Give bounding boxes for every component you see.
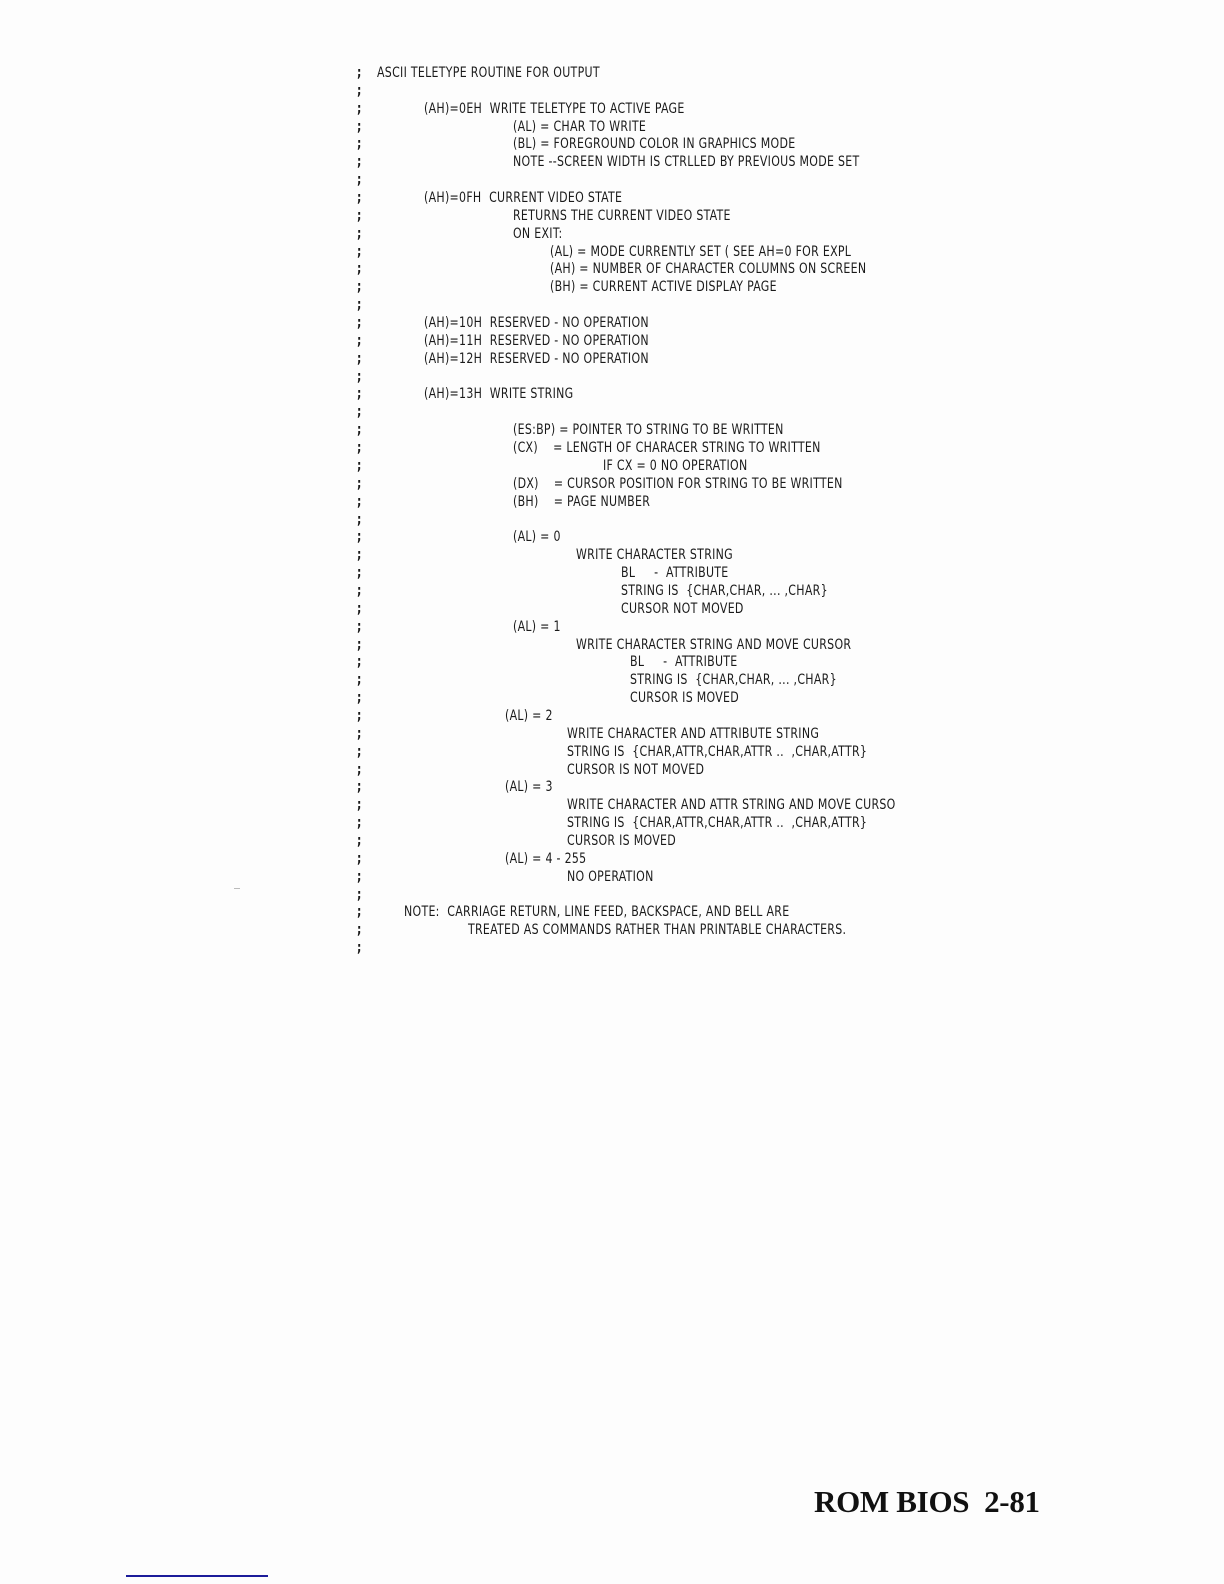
code-line: ;(CX) = LENGTH OF CHARACER STRING TO WRI… (357, 439, 1045, 457)
comment-marker: ; (357, 636, 369, 654)
code-line: ; (357, 886, 1045, 904)
comment-marker: ; (357, 421, 369, 439)
code-line: ;(DX) = CURSOR POSITION FOR STRING TO BE… (357, 475, 1045, 493)
code-line-text: CURSOR NOT MOVED (621, 600, 744, 618)
code-line: ;CURSOR IS MOVED (357, 689, 1045, 707)
comment-marker: ; (357, 671, 369, 689)
comment-marker: ; (357, 921, 369, 939)
code-line-text: (AL) = 1 (513, 618, 561, 636)
code-line: ;CURSOR IS NOT MOVED (357, 761, 1045, 779)
comment-marker: ; (357, 903, 369, 921)
code-line: ;(BH) = PAGE NUMBER (357, 493, 1045, 511)
code-line: ;STRING IS {CHAR,ATTR,CHAR,ATTR .. ,CHAR… (357, 743, 1045, 761)
comment-marker: ; (357, 225, 369, 243)
code-line: ;CURSOR NOT MOVED (357, 600, 1045, 618)
code-line: ;(AL) = CHAR TO WRITE (357, 118, 1045, 136)
code-line: ;(AL) = MODE CURRENTLY SET ( SEE AH=0 FO… (357, 243, 1045, 261)
code-line: ;WRITE CHARACTER STRING AND MOVE CURSOR (357, 636, 1045, 654)
code-line-text: (CX) = LENGTH OF CHARACER STRING TO WRIT… (513, 439, 821, 457)
comment-marker: ; (357, 243, 369, 261)
comment-marker: ; (357, 528, 369, 546)
code-line-text: (AL) = 0 (513, 528, 561, 546)
code-line-text: ON EXIT: (513, 225, 562, 243)
comment-marker: ; (357, 564, 369, 582)
code-line-text: NO OPERATION (567, 868, 654, 886)
comment-marker: ; (357, 761, 369, 779)
comment-marker: ; (357, 118, 369, 136)
code-line-text: STRING IS {CHAR,ATTR,CHAR,ATTR .. ,CHAR,… (567, 814, 867, 832)
code-line: ;(AL) = 1 (357, 618, 1045, 636)
code-line-text: (DX) = CURSOR POSITION FOR STRING TO BE … (513, 475, 843, 493)
code-line: ;(ES:BP) = POINTER TO STRING TO BE WRITT… (357, 421, 1045, 439)
code-line-text: WRITE CHARACTER AND ATTRIBUTE STRING (567, 725, 819, 743)
code-line-text: CURSOR IS NOT MOVED (567, 761, 704, 779)
code-line: ;(AL) = 2 (357, 707, 1045, 725)
comment-marker: ; (357, 385, 369, 403)
code-line: ; (357, 403, 1045, 421)
code-line: ;IF CX = 0 NO OPERATION (357, 457, 1045, 475)
comment-marker: ; (357, 332, 369, 350)
code-line: ;(BL) = FOREGROUND COLOR IN GRAPHICS MOD… (357, 135, 1045, 153)
code-line: ;NO OPERATION (357, 868, 1045, 886)
code-line-text: (AL) = 4 - 255 (505, 850, 586, 868)
comment-marker: ; (357, 207, 369, 225)
scan-artifact (234, 888, 240, 889)
code-line: ;NOTE --SCREEN WIDTH IS CTRLLED BY PREVI… (357, 153, 1045, 171)
code-line: ; (357, 171, 1045, 189)
code-line: ;(AH)=12H RESERVED - NO OPERATION (357, 350, 1045, 368)
comment-marker: ; (357, 832, 369, 850)
code-line: ;STRING IS {CHAR,CHAR, ... ,CHAR} (357, 582, 1045, 600)
comment-marker: ; (357, 457, 369, 475)
comment-marker: ; (357, 743, 369, 761)
code-line: ;(AH)=0FH CURRENT VIDEO STATE (357, 189, 1045, 207)
code-line-text: (AH)=0EH WRITE TELETYPE TO ACTIVE PAGE (424, 100, 685, 118)
comment-marker: ; (357, 64, 369, 82)
comment-marker: ; (357, 278, 369, 296)
comment-marker: ; (357, 814, 369, 832)
code-line-text: (AL) = 3 (505, 778, 553, 796)
code-line: ;(AH)=11H RESERVED - NO OPERATION (357, 332, 1045, 350)
code-line: ;(AL) = 0 (357, 528, 1045, 546)
comment-marker: ; (357, 475, 369, 493)
code-line-text: BL - ATTRIBUTE (621, 564, 729, 582)
comment-marker: ; (357, 403, 369, 421)
code-line-text: STRING IS {CHAR,ATTR,CHAR,ATTR .. ,CHAR,… (567, 743, 867, 761)
comment-marker: ; (357, 653, 369, 671)
comment-marker: ; (357, 850, 369, 868)
code-line-text: STRING IS {CHAR,CHAR, ... ,CHAR} (621, 582, 828, 600)
code-line-text: (AH)=10H RESERVED - NO OPERATION (424, 314, 649, 332)
code-line: ;(AH)=13H WRITE STRING (357, 385, 1045, 403)
code-line: ;BL - ATTRIBUTE (357, 653, 1045, 671)
code-line-text: (AH)=0FH CURRENT VIDEO STATE (424, 189, 622, 207)
comment-marker: ; (357, 135, 369, 153)
code-line: ;(AH) = NUMBER OF CHARACTER COLUMNS ON S… (357, 260, 1045, 278)
code-line: ;WRITE CHARACTER AND ATTRIBUTE STRING (357, 725, 1045, 743)
code-line-text: STRING IS {CHAR,CHAR, ... ,CHAR} (630, 671, 837, 689)
code-line: ;WRITE CHARACTER STRING (357, 546, 1045, 564)
comment-marker: ; (357, 296, 369, 314)
code-line: ;WRITE CHARACTER AND ATTR STRING AND MOV… (357, 796, 1045, 814)
comment-marker: ; (357, 939, 369, 957)
comment-marker: ; (357, 153, 369, 171)
code-line-text: BL - ATTRIBUTE (630, 653, 738, 671)
code-line-text: NOTE: CARRIAGE RETURN, LINE FEED, BACKSP… (404, 903, 789, 921)
code-line-text: WRITE CHARACTER AND ATTR STRING AND MOVE… (567, 796, 896, 814)
comment-marker: ; (357, 314, 369, 332)
comment-marker: ; (357, 493, 369, 511)
comment-marker: ; (357, 600, 369, 618)
comment-marker: ; (357, 886, 369, 904)
code-line: ;STRING IS {CHAR,CHAR, ... ,CHAR} (357, 671, 1045, 689)
code-line-text: (AH) = NUMBER OF CHARACTER COLUMNS ON SC… (550, 260, 866, 278)
comment-marker: ; (357, 189, 369, 207)
code-line: ;(AH)=10H RESERVED - NO OPERATION (357, 314, 1045, 332)
code-line-text: (AL) = MODE CURRENTLY SET ( SEE AH=0 FOR… (550, 243, 851, 261)
code-line: ;CURSOR IS MOVED (357, 832, 1045, 850)
comment-marker: ; (357, 368, 369, 386)
code-line: ; (357, 82, 1045, 100)
code-line-text: TREATED AS COMMANDS RATHER THAN PRINTABL… (468, 921, 846, 939)
comment-marker: ; (357, 689, 369, 707)
code-line-text: (AL) = CHAR TO WRITE (513, 118, 646, 136)
code-line: ;RETURNS THE CURRENT VIDEO STATE (357, 207, 1045, 225)
comment-marker: ; (357, 618, 369, 636)
code-line: ;ASCII TELETYPE ROUTINE FOR OUTPUT (357, 64, 1045, 82)
code-line-text: (AL) = 2 (505, 707, 553, 725)
comment-marker: ; (357, 82, 369, 100)
code-line-text: (BL) = FOREGROUND COLOR IN GRAPHICS MODE (513, 135, 795, 153)
code-line: ;STRING IS {CHAR,ATTR,CHAR,ATTR .. ,CHAR… (357, 814, 1045, 832)
code-line: ;BL - ATTRIBUTE (357, 564, 1045, 582)
comment-marker: ; (357, 707, 369, 725)
code-line: ;ON EXIT: (357, 225, 1045, 243)
code-line: ;NOTE: CARRIAGE RETURN, LINE FEED, BACKS… (357, 903, 1045, 921)
code-line: ;(AL) = 4 - 255 (357, 850, 1045, 868)
comment-marker: ; (357, 260, 369, 278)
code-line-text: (BH) = PAGE NUMBER (513, 493, 650, 511)
comment-marker: ; (357, 546, 369, 564)
code-line: ;(BH) = CURRENT ACTIVE DISPLAY PAGE (357, 278, 1045, 296)
comment-marker: ; (357, 439, 369, 457)
comment-marker: ; (357, 171, 369, 189)
code-line-text: WRITE CHARACTER STRING AND MOVE CURSOR (576, 636, 851, 654)
code-line-text: (AH)=12H RESERVED - NO OPERATION (424, 350, 649, 368)
code-line: ; (357, 368, 1045, 386)
comment-marker: ; (357, 350, 369, 368)
comment-marker: ; (357, 796, 369, 814)
comment-marker: ; (357, 725, 369, 743)
code-line: ;(AH)=0EH WRITE TELETYPE TO ACTIVE PAGE (357, 100, 1045, 118)
code-line: ;TREATED AS COMMANDS RATHER THAN PRINTAB… (357, 921, 1045, 939)
comment-marker: ; (357, 100, 369, 118)
code-line: ; (357, 511, 1045, 529)
code-line-text: (AH)=11H RESERVED - NO OPERATION (424, 332, 649, 350)
page-footer: ROM BIOS 2-81 (814, 1484, 1040, 1520)
comment-marker: ; (357, 868, 369, 886)
code-line-text: CURSOR IS MOVED (630, 689, 739, 707)
footer-rule (126, 1575, 268, 1577)
comment-marker: ; (357, 582, 369, 600)
code-line: ;(AL) = 3 (357, 778, 1045, 796)
code-line-text: (AH)=13H WRITE STRING (424, 385, 573, 403)
code-line-text: IF CX = 0 NO OPERATION (603, 457, 747, 475)
code-line: ; (357, 939, 1045, 957)
code-line-text: CURSOR IS MOVED (567, 832, 676, 850)
comment-marker: ; (357, 511, 369, 529)
code-line-text: (BH) = CURRENT ACTIVE DISPLAY PAGE (550, 278, 777, 296)
code-line-text: WRITE CHARACTER STRING (576, 546, 733, 564)
comment-marker: ; (357, 778, 369, 796)
code-line-text: NOTE --SCREEN WIDTH IS CTRLLED BY PREVIO… (513, 153, 860, 171)
code-line-text: (ES:BP) = POINTER TO STRING TO BE WRITTE… (513, 421, 784, 439)
code-line-text: ASCII TELETYPE ROUTINE FOR OUTPUT (377, 64, 600, 82)
code-line-text: RETURNS THE CURRENT VIDEO STATE (513, 207, 731, 225)
code-line: ; (357, 296, 1045, 314)
